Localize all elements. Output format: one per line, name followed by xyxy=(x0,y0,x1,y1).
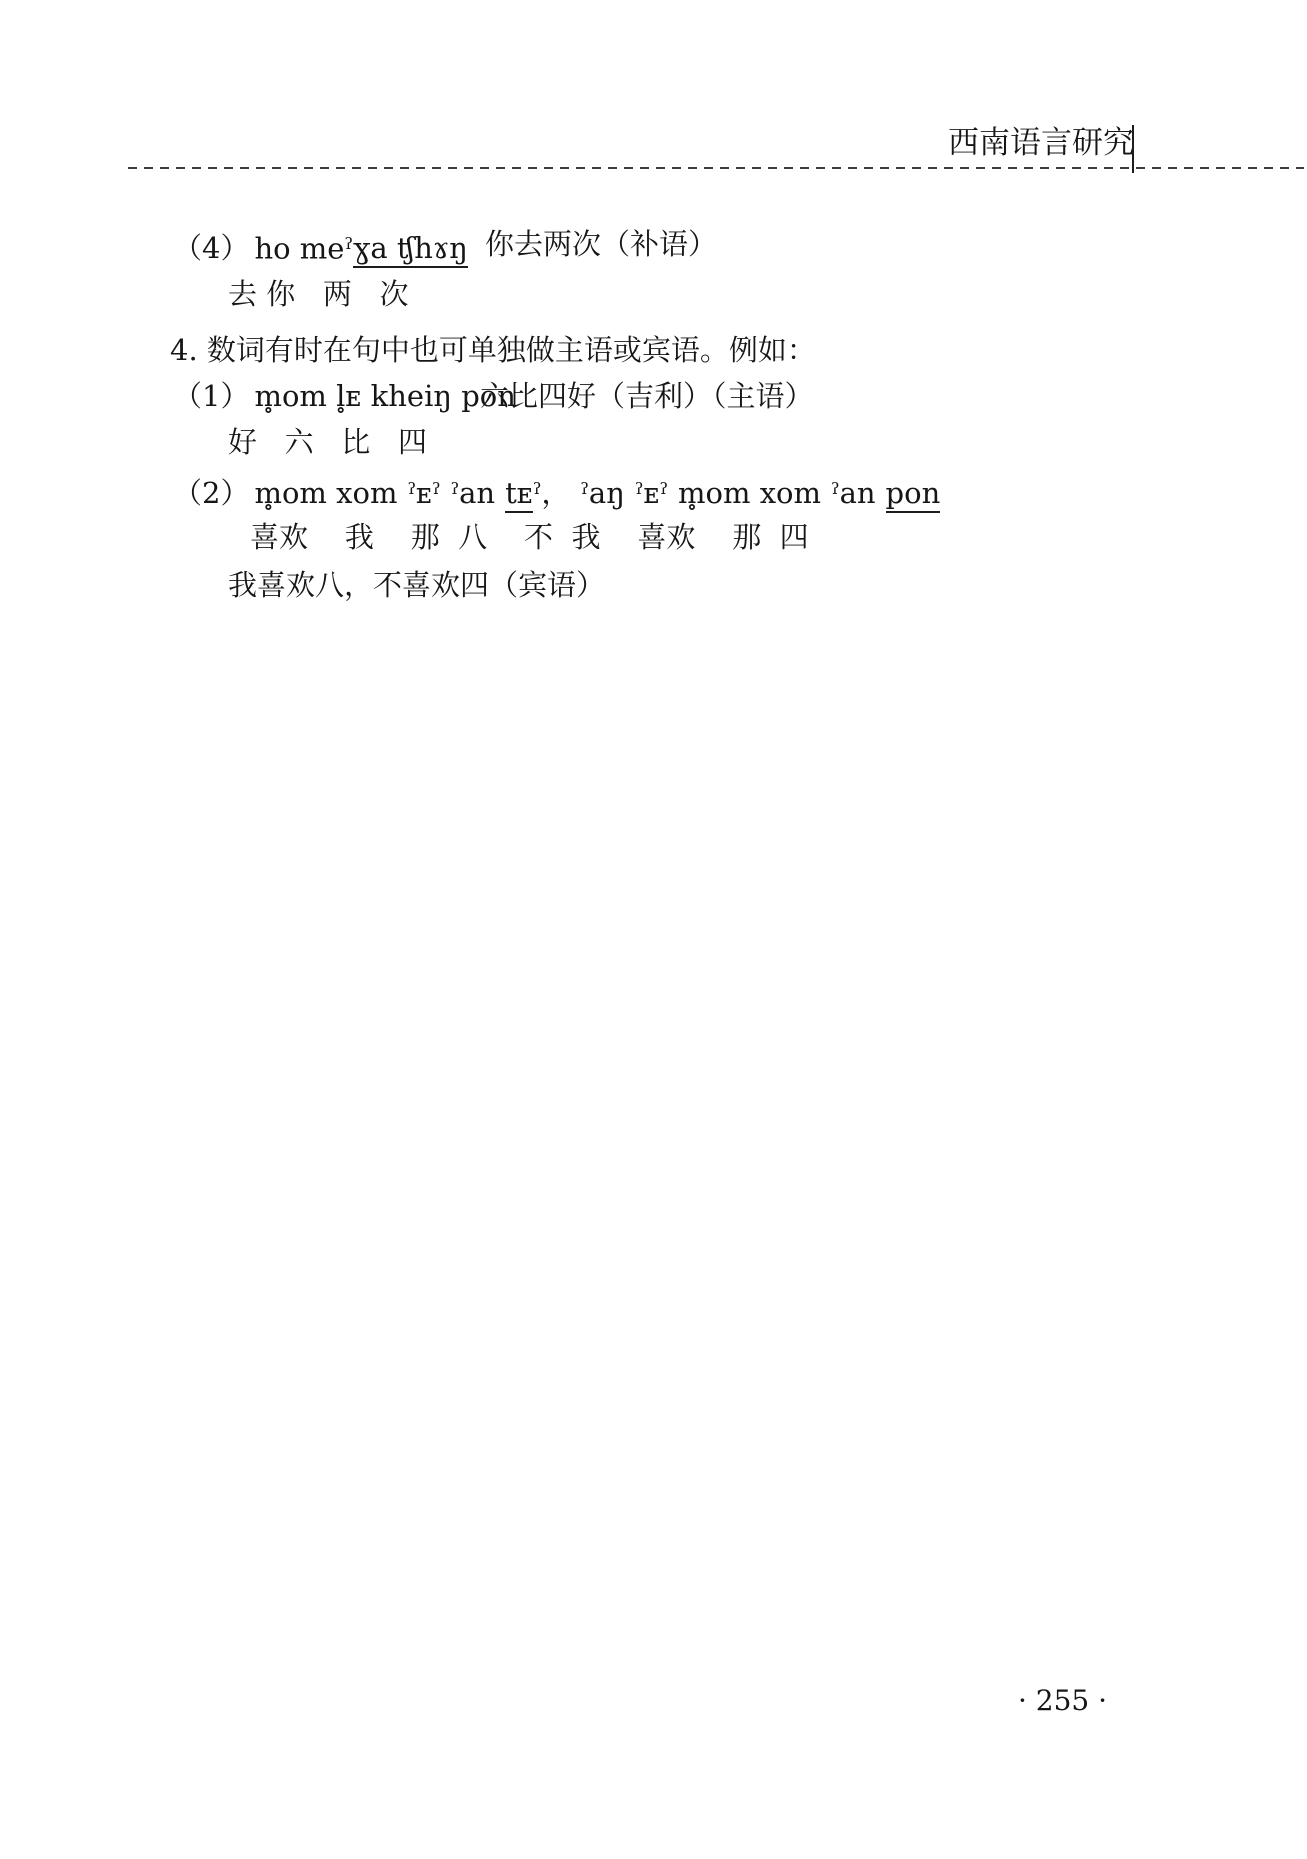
example-2-word-1: m̥om xom xyxy=(254,476,397,510)
header-dashed-rule xyxy=(128,167,1304,169)
underlined-pon: pon xyxy=(886,476,941,513)
example-4-glottal-sup: ʔ xyxy=(344,234,353,253)
example-4-ipa-underlined: ɣa ʧhɤŋ xyxy=(353,231,468,268)
glottal-sup: ʔ xyxy=(451,479,460,498)
example-4-gloss: 去 你 两 次 xyxy=(228,276,409,312)
example-4-translation: 你去两次（补语） xyxy=(485,226,717,262)
example-2-translation: 我喜欢八，不喜欢四（宾语） xyxy=(228,567,605,603)
example-1-number: （1） xyxy=(173,379,249,413)
running-head-title: 西南语言研究 xyxy=(948,123,1134,163)
example-2-word-2: ʔᴇʔ xyxy=(407,476,440,510)
underlined-te: tᴇ xyxy=(505,476,533,513)
page-number: · 255 · xyxy=(1018,1684,1107,1717)
example-4-number: （4） xyxy=(173,231,249,265)
example-1-ipa: m̥om l̥ᴇ kheiŋ pon xyxy=(254,379,516,413)
syllable-an: an xyxy=(459,476,495,510)
example-1-gloss: 好 六 比 四 xyxy=(228,424,427,460)
glottal-sup: ʔ xyxy=(580,479,589,498)
example-2-word-4: tᴇʔ， xyxy=(505,476,570,510)
glottal-sup: ʔ xyxy=(432,479,441,498)
book-page: 西南语言研究 （4）ho meʔɣa ʧhɤŋ 你去两次（补语） 去 你 两 次… xyxy=(0,0,1307,1859)
header-vertical-rule xyxy=(1132,125,1134,173)
example-2-word-5: ʔaŋ xyxy=(580,476,625,510)
example-2-word-9: pon xyxy=(886,476,941,513)
glottal-sup: ʔ xyxy=(659,479,668,498)
example-2-word-3: ʔan xyxy=(451,476,496,510)
example-2-number: （2） xyxy=(173,476,249,510)
smallcap-e: ᴇ xyxy=(643,476,659,510)
smallcap-e: ᴇ xyxy=(416,476,432,510)
example-2-word-6: ʔᴇʔ xyxy=(635,476,668,510)
comma: ， xyxy=(541,476,570,510)
example-1-translation: 六比四好（吉利）（主语） xyxy=(480,378,814,414)
example-2-line: （2）m̥om xomʔᴇʔʔantᴇʔ，ʔaŋʔᴇʔm̥om xomʔanpo… xyxy=(173,471,940,511)
example-2-word-7: m̥om xom xyxy=(678,476,821,510)
section-item-4-heading: 4. 数词有时在句中也可单独做主语或宾语。例如： xyxy=(170,332,816,368)
example-4-line: （4）ho meʔɣa ʧhɤŋ 你去两次（补语） xyxy=(173,226,468,266)
example-1-line: （1）m̥om l̥ᴇ kheiŋ pon 六比四好（吉利）（主语） xyxy=(173,378,516,414)
glottal-sup: ʔ xyxy=(407,479,416,498)
example-2-gloss: 喜欢 我 那 八 不 我 喜欢 那 四 xyxy=(250,519,809,555)
syllable-ang: aŋ xyxy=(589,476,625,510)
glottal-sup: ʔ xyxy=(831,479,840,498)
example-2-word-8: ʔan xyxy=(831,476,876,510)
syllable-an: an xyxy=(840,476,876,510)
example-4-ipa-plain: ho me xyxy=(254,231,344,265)
